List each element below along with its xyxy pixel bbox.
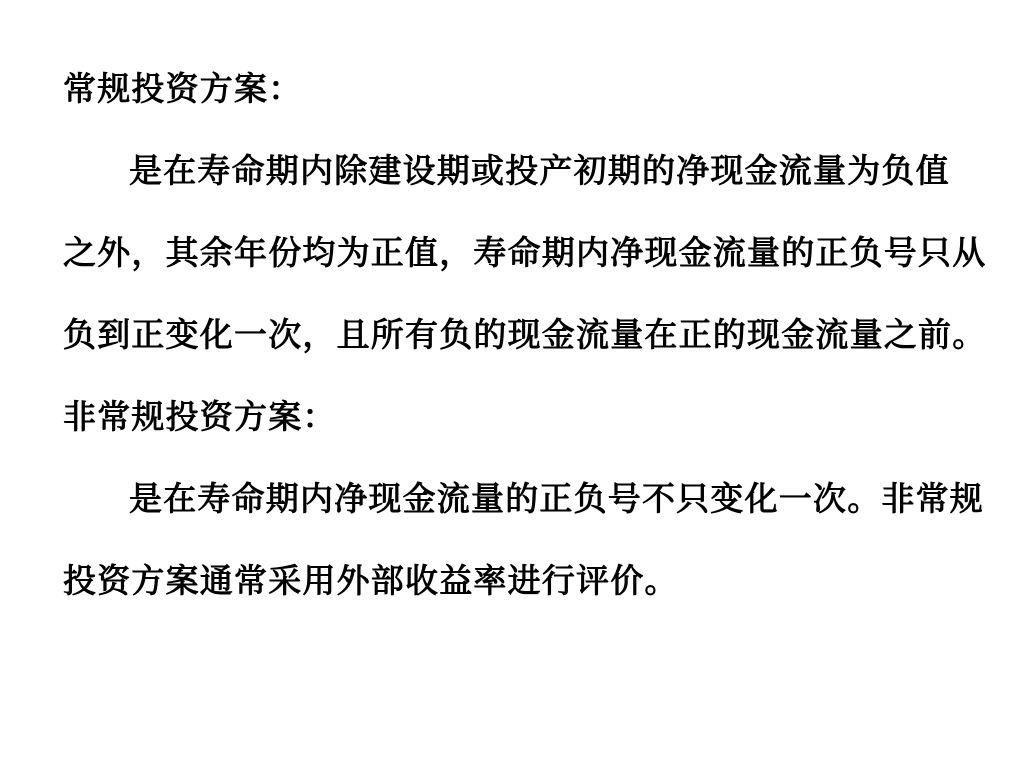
body-line-5: 投资方案通常采用外部收益率进行评价。 (63, 540, 998, 622)
body-line-1: 是在寿命期内除建设期或投产初期的净现金流量为负值 (63, 130, 998, 212)
slide: 常规投资方案： 是在寿命期内除建设期或投产初期的净现金流量为负值 之外，其余年份… (0, 0, 1024, 768)
body-line-2: 之外，其余年份均为正值，寿命期内净现金流量的正负号只从 (63, 212, 998, 294)
heading-nonconventional-scheme: 非常规投资方案： (63, 376, 998, 458)
heading-conventional-scheme: 常规投资方案： (63, 48, 998, 130)
body-line-3: 负到正变化一次，且所有负的现金流量在正的现金流量之前。 (63, 294, 998, 376)
body-line-4: 是在寿命期内净现金流量的正负号不只变化一次。非常规 (63, 458, 998, 540)
slide-text-block: 常规投资方案： 是在寿命期内除建设期或投产初期的净现金流量为负值 之外，其余年份… (63, 48, 998, 622)
